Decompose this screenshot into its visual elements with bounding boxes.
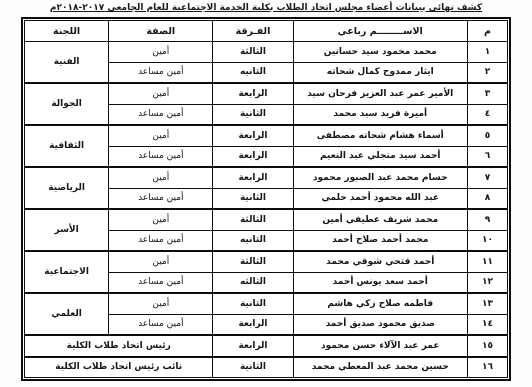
row-number-cell: ١٠ (467, 230, 507, 251)
table-row: ١١أحمد فتحي شوقي محمدالثالثةأمينالاجتماع… (25, 251, 508, 272)
table-row: ٥أسماء هشام شحاته مصطفىالرابعةأمينالثقاف… (25, 125, 508, 146)
header-name: الاســــــــم رباعي (293, 21, 467, 42)
row-number-cell: ١٣ (467, 293, 507, 314)
row-number-cell: ٦ (467, 146, 507, 167)
member-name-cell: حسين محمد عبد المعطي محمد (293, 357, 467, 378)
grade-cell: الثالثة (213, 42, 293, 63)
member-name-cell: أسماء هشام شحاته مصطفى (293, 125, 467, 146)
table-row: ١محمد محمود سيد حسانينالثالثةأمينالفنية (25, 42, 508, 63)
member-name-cell: عبد الله محمود أحمد حلمي (293, 188, 467, 209)
grade-cell: الرابعة (213, 314, 293, 335)
member-name-cell: حسام محمد عبد الصبور محمود (293, 167, 467, 188)
position-cell: أمين مساعد (109, 104, 213, 125)
document-page: كشف نهائي ببيانات أعضاء مجلس اتحاد الطلا… (0, 0, 532, 387)
member-name-cell: أحمد سيد متجلي عبد النعيم (293, 146, 467, 167)
member-name-cell: الأمير عمر عبد العزيز فرحان سيد (293, 83, 467, 104)
member-name-cell: أحمد سعد يونس أحمد (293, 272, 467, 293)
grade-cell: الثالثة (213, 209, 293, 230)
member-name-cell: أحمد فتحي شوقي محمد (293, 251, 467, 272)
committee-cell: الأسر (25, 209, 109, 251)
grade-cell: الثانية (213, 357, 293, 378)
member-name-cell: فاطمه صلاح زكي هاشم (293, 293, 467, 314)
table-row: ١٦حسين محمد عبد المعطي محمدالثانيةنائب ر… (25, 357, 508, 378)
header-row: م الاســــــــم رباعي الفـرقة الصفة اللج… (25, 21, 508, 42)
position-cell: أمين مساعد (109, 62, 213, 83)
document-title: كشف نهائي ببيانات أعضاء مجلس اتحاد الطلا… (0, 0, 532, 13)
row-number-cell: ١ (467, 42, 507, 63)
position-cell: أمين مساعد (109, 272, 213, 293)
row-number-cell: ٣ (467, 83, 507, 104)
grade-cell: الرابعة (213, 125, 293, 146)
grade-cell: الثانيه (213, 62, 293, 83)
position-cell: أمين مساعد (109, 146, 213, 167)
grade-cell: الثانية (213, 188, 293, 209)
row-number-cell: ٤ (467, 104, 507, 125)
position-cell: أمين (109, 251, 213, 272)
position-cell: أمين (109, 125, 213, 146)
row-number-cell: ٨ (467, 188, 507, 209)
header-committee: اللجنة (25, 21, 109, 42)
member-name-cell: صديق محمود صديق أحمد (293, 314, 467, 335)
row-number-cell: ٧ (467, 167, 507, 188)
committee-cell: الثقافية (25, 125, 109, 167)
header-position: الصفة (109, 21, 213, 42)
row-number-cell: ٥ (467, 125, 507, 146)
member-name-cell: محمد أحمد صلاح أحمد (293, 230, 467, 251)
grade-cell: الثالثة (213, 251, 293, 272)
row-number-cell: ١١ (467, 251, 507, 272)
member-name-cell: محمد محمود سيد حسانين (293, 42, 467, 63)
table-row: ١٥عمر عبد الآلاء حسن محمودالرابعةرئيس ات… (25, 335, 508, 357)
position-cell: أمين (109, 293, 213, 314)
row-number-cell: ١٥ (467, 335, 507, 357)
grade-cell: الرابعة (213, 167, 293, 188)
union-role-cell: رئيس اتحاد طلاب الكلية (25, 335, 213, 357)
roster-table: م الاســــــــم رباعي الفـرقة الصفة اللج… (24, 20, 508, 378)
grade-cell: الثانية (213, 293, 293, 314)
member-name-cell: ايثار ممدوح كمال شحاته (293, 62, 467, 83)
position-cell: أمين (109, 83, 213, 104)
table-row: ١٣فاطمه صلاح زكي هاشمالثانيةأمينالعلمي (25, 293, 508, 314)
grade-cell: الثالثه (213, 272, 293, 293)
row-number-cell: ٩ (467, 209, 507, 230)
position-cell: أمين (109, 42, 213, 63)
position-cell: أمين مساعد (109, 314, 213, 335)
union-role-cell: نائب رئيس اتحاد طلاب الكلية (25, 357, 213, 378)
row-number-cell: ١٢ (467, 272, 507, 293)
committee-cell: الاجتماعية (25, 251, 109, 293)
grade-cell: الرابعة (213, 335, 293, 357)
table-row: ٩محمد شريف عطيفي أمينالثالثةأمينالأسر (25, 209, 508, 230)
position-cell: أمين (109, 167, 213, 188)
position-cell: أمين مساعد (109, 188, 213, 209)
header-num: م (467, 21, 507, 42)
roster-table-body: ١محمد محمود سيد حسانينالثالثةأمينالفنية٢… (25, 42, 508, 378)
committee-cell: الجوالة (25, 83, 109, 125)
row-number-cell: ١٤ (467, 314, 507, 335)
committee-cell: الفنية (25, 42, 109, 84)
row-number-cell: ٢ (467, 62, 507, 83)
grade-cell: الرابعة (213, 146, 293, 167)
table-row: ٣الأمير عمر عبد العزيز فرحان سيدالرابعةأ… (25, 83, 508, 104)
roster-table-border: م الاســــــــم رباعي الفـرقة الصفة اللج… (21, 17, 511, 381)
member-name-cell: أميرة فريد سيد محمد (293, 104, 467, 125)
committee-cell: الرياضية (25, 167, 109, 209)
row-number-cell: ١٦ (467, 357, 507, 378)
position-cell: أمين (109, 209, 213, 230)
committee-cell: العلمي (25, 293, 109, 335)
member-name-cell: محمد شريف عطيفي أمين (293, 209, 467, 230)
position-cell: أمين مساعد (109, 230, 213, 251)
table-row: ٧حسام محمد عبد الصبور محمودالرابعةأمينال… (25, 167, 508, 188)
grade-cell: الثانية (213, 104, 293, 125)
header-grade: الفـرقة (213, 21, 293, 42)
grade-cell: الثانيه (213, 230, 293, 251)
grade-cell: الرابعة (213, 83, 293, 104)
member-name-cell: عمر عبد الآلاء حسن محمود (293, 335, 467, 357)
